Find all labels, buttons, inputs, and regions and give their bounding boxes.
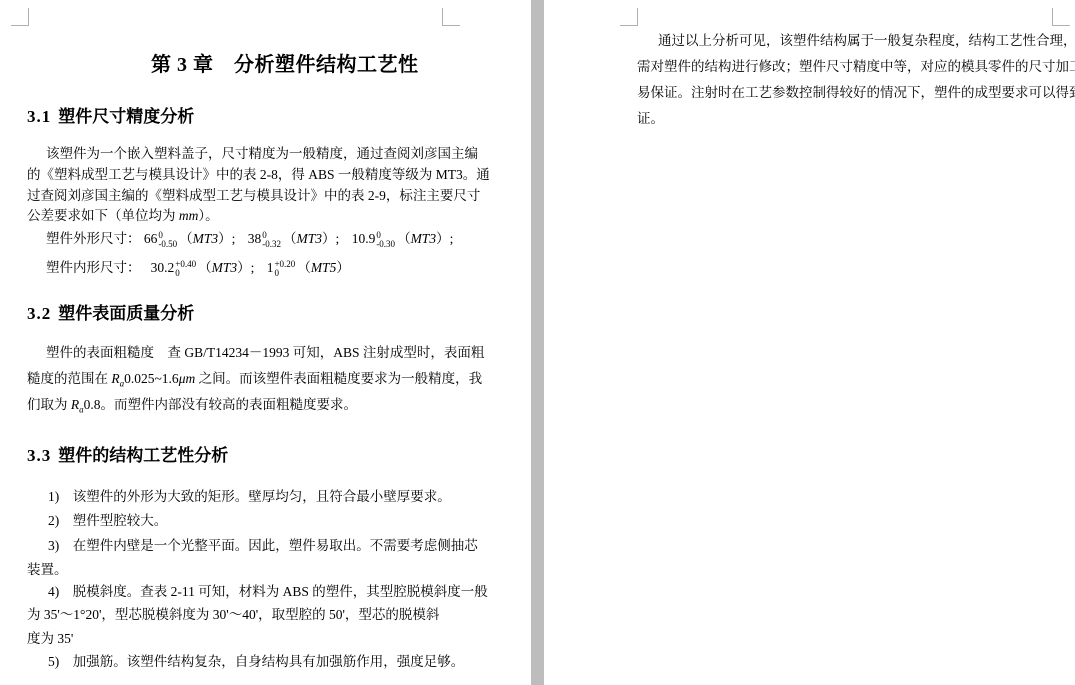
text-boundary-corner-icon	[1052, 8, 1070, 26]
section-label: 塑件表面质量分析	[58, 304, 194, 323]
dim-grade: MT3	[411, 231, 437, 246]
paragraph-line: 易保证。注射时在工艺参数控制得较好的情况下，塑件的成型要求可以得到保	[637, 84, 1075, 101]
paren: ）;	[237, 260, 254, 275]
paren: （	[397, 231, 411, 246]
paragraph-line: 塑件的表面粗糙度 查 GB/T14234－1993 可知，ABS 注射成型时，表…	[46, 344, 484, 361]
dimension-item: 380-0.32（MT3）;	[248, 231, 340, 246]
paragraph-line: 通过以上分析可见，该塑件结构属于一般复杂程度，结构工艺性合理，不	[658, 32, 1075, 49]
paren: （	[297, 260, 311, 275]
section-heading-3-1: 3.1塑件尺寸精度分析	[27, 102, 194, 127]
dim-value: 1	[267, 260, 274, 275]
dimension-item: 10.90-0.30（MT3）;	[352, 231, 454, 246]
dim-tolerance: 0-0.30	[376, 231, 395, 249]
dimension-line-inner: 塑件内形尺寸： 30.2+0.400（MT3）; 1+0.200（MT5）	[46, 259, 359, 278]
list-item-continuation: 装置。	[27, 561, 68, 578]
section-heading-3-2: 3.2塑件表面质量分析	[27, 299, 194, 324]
paragraph-line: 该塑件为一个嵌入塑料盖子，尺寸精度为一般精度，通过查阅刘彦国主编	[46, 145, 478, 162]
dimension-line-outer: 塑件外形尺寸： 660-0.50（MT3）; 380-0.32（MT3）; 10…	[46, 230, 462, 249]
dim-value: 38	[248, 231, 262, 246]
dim-tolerance: +0.200	[274, 260, 295, 278]
dimension-label: 塑件外形尺寸：	[46, 231, 141, 246]
roughness-symbol: Ra	[111, 371, 124, 386]
dimension-item: 660-0.50（MT3）;	[144, 231, 236, 246]
dim-value: 66	[144, 231, 158, 246]
text-segment: 糙度的范围在	[27, 371, 111, 386]
dim-value: 10.9	[352, 231, 376, 246]
dim-tolerance: 0-0.32	[262, 231, 281, 249]
text-segment: 0.8。而塑件内部没有较高的表面粗糙度要求。	[84, 397, 357, 412]
paragraph-line: 的《塑料成型工艺与模具设计》中的表 2-8，得 ABS 一般精度等级为 MT3。…	[27, 166, 490, 183]
dim-value: 30.2	[151, 260, 175, 275]
section-heading-3-3: 3.3塑件的结构工艺性分析	[27, 441, 228, 466]
section-number: 3.3	[27, 446, 51, 465]
dim-grade: MT3	[212, 260, 238, 275]
paragraph-line: 们取为 Ra0.8。而塑件内部没有较高的表面粗糙度要求。	[27, 396, 357, 419]
paragraph-line: 过查阅刘彦国主编的《塑料成型工艺与模具设计》中的表 2-9，标注主要尺寸	[27, 187, 480, 204]
page-left[interactable]: 第 3 章 分析塑件结构工艺性 3.1塑件尺寸精度分析 该塑件为一个嵌入塑料盖子…	[0, 0, 531, 685]
roughness-symbol: Ra	[71, 397, 84, 412]
dimension-item: 30.2+0.400（MT3）;	[151, 260, 255, 275]
dimension-item: 1+0.200（MT5）	[267, 260, 350, 275]
dim-tolerance: +0.400	[175, 260, 196, 278]
text-boundary-corner-icon	[620, 8, 638, 26]
text-boundary-corner-icon	[442, 8, 460, 26]
list-item: 2) 塑件型腔较大。	[48, 512, 167, 529]
section-number: 3.2	[27, 304, 51, 323]
paren: ）;	[322, 231, 339, 246]
dim-grade: MT3	[193, 231, 219, 246]
dim-grade: MT5	[311, 260, 337, 275]
section-label: 塑件尺寸精度分析	[58, 107, 194, 126]
paren: （	[198, 260, 212, 275]
unit-mm: mm	[179, 208, 199, 223]
paren: ）	[336, 260, 350, 275]
paragraph-line: 糙度的范围在 Ra0.025~1.6μm 之间。而该塑件表面粗糙度要求为一般精度…	[27, 370, 482, 393]
section-label: 塑件的结构工艺性分析	[58, 446, 228, 465]
list-item-continuation: 度为 35'	[27, 630, 73, 647]
paren: （	[179, 231, 193, 246]
dim-grade: MT3	[297, 231, 323, 246]
dimension-label: 塑件内形尺寸：	[46, 260, 147, 275]
page-right[interactable]: 通过以上分析可见，该塑件结构属于一般复杂程度，结构工艺性合理，不 需对塑件的结构…	[544, 0, 1075, 685]
paren: （	[283, 231, 297, 246]
text-segment: ）。	[198, 208, 218, 223]
word-document-view: 第 3 章 分析塑件结构工艺性 3.1塑件尺寸精度分析 该塑件为一个嵌入塑料盖子…	[0, 0, 1075, 685]
paren: ）;	[436, 231, 453, 246]
paragraph-line: 公差要求如下（单位均为 mm）。	[27, 207, 219, 224]
section-number: 3.1	[27, 107, 51, 126]
paragraph-line: 证。	[637, 110, 664, 127]
list-item: 1) 该塑件的外形为大致的矩形。壁厚均匀，且符合最小壁厚要求。	[48, 488, 451, 505]
text-segment: 之间。而该塑件表面粗糙度要求为一般精度，我	[195, 371, 482, 386]
unit-um: μm	[179, 371, 196, 386]
page-separator	[531, 0, 544, 685]
dim-tolerance: 0-0.50	[158, 231, 177, 249]
paragraph-line: 需对塑件的结构进行修改；塑件尺寸精度中等，对应的模具零件的尺寸加工容	[637, 58, 1075, 75]
list-item-continuation: 为 35'～1°20'，型芯脱模斜度为 30'～40'，取型腔的 50'，型芯的…	[27, 606, 439, 623]
list-item: 3) 在塑件内壁是一个光整平面。因此，塑件易取出。不需要考虑侧抽芯	[48, 537, 478, 554]
text-boundary-corner-icon	[11, 8, 29, 26]
text-segment: 公差要求如下（单位均为	[27, 208, 179, 223]
text-segment: 0.025~1.6	[124, 371, 179, 386]
text-segment: 们取为	[27, 397, 71, 412]
list-item: 5) 加强筋。该塑件结构复杂，自身结构具有加强筋作用，强度足够。	[48, 653, 464, 670]
paren: ）;	[218, 231, 235, 246]
list-item: 4) 脱模斜度。查表 2-11 可知，材料为 ABS 的塑件，其型腔脱模斜度一般	[48, 583, 488, 600]
chapter-title: 第 3 章 分析塑件结构工艺性	[151, 48, 419, 77]
